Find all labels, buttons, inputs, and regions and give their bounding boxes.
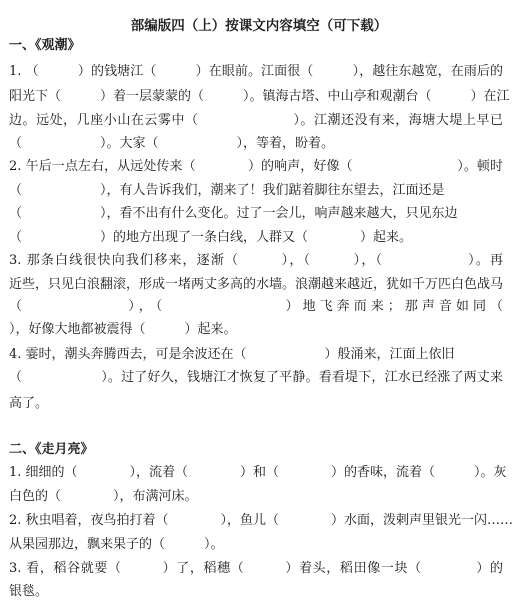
text-line: （ ）。大家（ ），等着，盼着。 [9, 134, 503, 154]
text-line: 2. 秋虫唱着，夜鸟拍打着（ ），鱼儿（ ）水面，泼剌声里银光一闪…… [9, 511, 503, 531]
text-line: 1. （ ）的钱塘江（ ）在眼前。江面很（ ），越往东越宽，在雨后的 [9, 62, 503, 82]
text-line: 3. 看，稻谷就要（ ）了，稻穗（ ）着头，稻田像一块（ ）的 [9, 559, 503, 579]
page-title: 部编版四（上）按课文内容填空（可下载） [0, 14, 518, 34]
text-line: （ ），（ ）地飞奔而来；那声音如同（ [9, 297, 503, 317]
text-line: 高了。 [9, 394, 503, 414]
text-line: （ ）。过了好久，钱塘江才恢复了平静。看看堤下，江水已经涨了两丈来 [9, 368, 503, 388]
text-line: 阳光下（ ）着一层蒙蒙的（ ）。镇海古塔、中山亭和观潮台（ ）在江 [9, 87, 503, 107]
text-line: （ ），看不出有什么变化。过了一会儿，响声越来越大，只见东边 [9, 204, 503, 224]
text-line: 银毯。 [9, 582, 503, 602]
text-line: （ ），有人告诉我们，潮来了！我们踮着脚往东望去，江面还是 [9, 181, 503, 201]
text-line: 白色的（ ），布满河床。 [9, 487, 503, 507]
text-line: 2. 午后一点左右，从远处传来（ ）的响声，好像（ ）。顿时 [9, 157, 503, 177]
text-line: 边。远处，几座小山在云雾中（ ）。江潮还没有来，海塘大堤上早已 [9, 111, 503, 131]
text-line: 3. 那条白线很快向我们移来，逐渐（ ），（ ），（ ）。再 [9, 251, 503, 271]
section-heading-guanchao: 一、《观潮》 [9, 36, 503, 56]
text-line: 从果园那边，飘来果子的（ ）。 [9, 535, 503, 555]
text-line: （ ）的地方出现了一条白线，人群又（ ）起来。 [9, 228, 503, 248]
text-line: ），好像大地都被震得（ ）起来。 [9, 320, 503, 340]
text-line: 1. 细细的（ ），流着（ ）和（ ）的香味，流着（ ）。灰 [9, 463, 503, 483]
text-line: 4. 霎时，潮头奔腾西去，可是余波还在（ ）般涌来，江面上依旧 [9, 345, 503, 365]
text-line: 近些，只见白浪翻滚，形成一堵两丈多高的水墙。浪潮越来越近，犹如千万匹白色战马 [9, 275, 503, 295]
section-heading-zouyueliang: 二、《走月亮》 [9, 440, 503, 460]
